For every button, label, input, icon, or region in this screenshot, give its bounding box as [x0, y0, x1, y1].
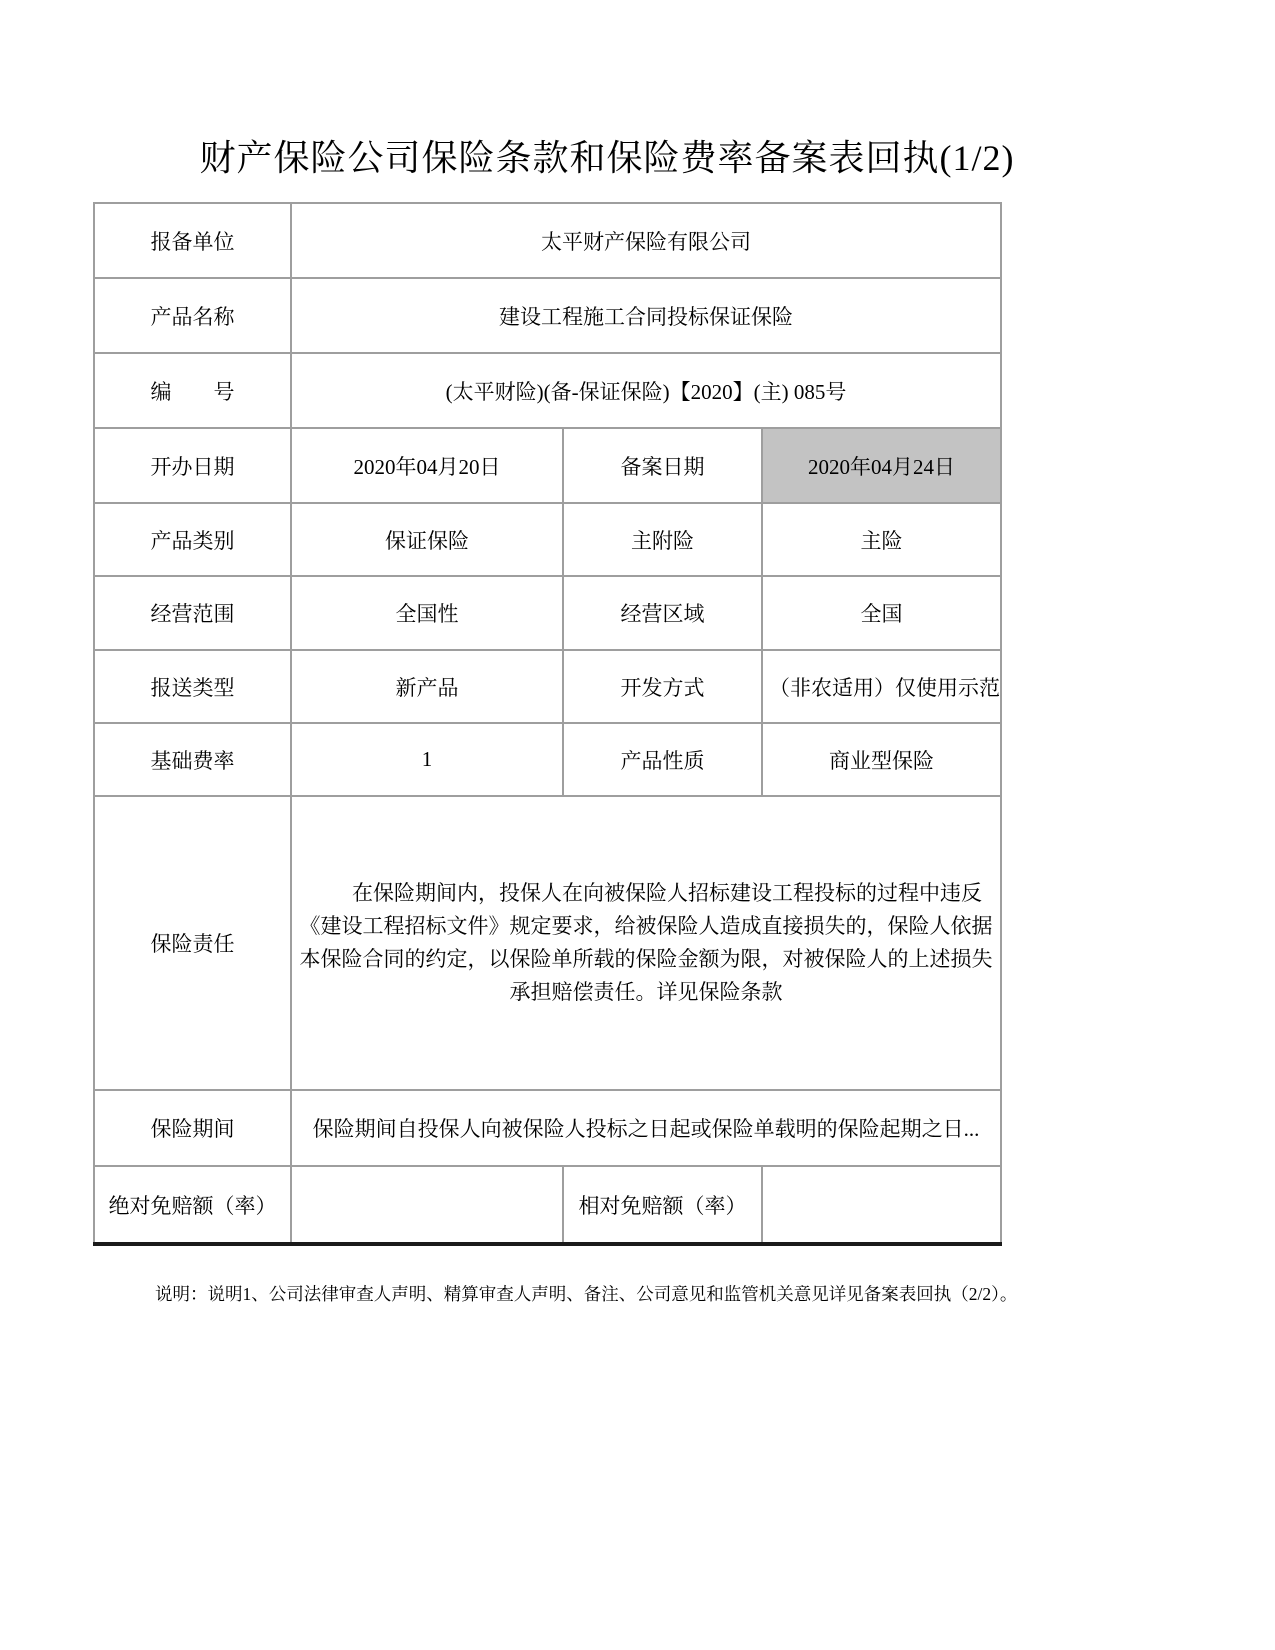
insurance-liability-paragraph: 在保险期间内，投保人在向被保险人招标建设工程投标的过程中违反《建设工程招标文件》… — [298, 877, 994, 1009]
value-submission-type: 新产品 — [291, 650, 563, 723]
page-title: 财产保险公司保险条款和保险费率备案表回执(1/2) — [0, 130, 1214, 181]
value-base-rate: 1 — [291, 723, 563, 796]
value-absolute-deductible — [291, 1166, 563, 1244]
label-main-rider: 主附险 — [563, 503, 762, 576]
value-development-method: （非农适用）仅使用示范条款 — [762, 650, 1001, 723]
label-serial-number: 编 号 — [94, 353, 291, 428]
label-start-date: 开办日期 — [94, 428, 291, 503]
value-product-name: 建设工程施工合同投标保证保险 — [291, 278, 1001, 353]
label-filing-date: 备案日期 — [563, 428, 762, 503]
label-product-category: 产品类别 — [94, 503, 291, 576]
label-product-nature: 产品性质 — [563, 723, 762, 796]
table-row: 报备单位 太平财产保险有限公司 — [94, 203, 1001, 278]
label-insurance-period: 保险期间 — [94, 1090, 291, 1166]
value-business-scope: 全国性 — [291, 576, 563, 650]
value-serial-number: (太平财险)(备-保证保险)【2020】(主) 085号 — [291, 353, 1001, 428]
footnote: 说明：说明1、公司法律审查人声明、精算审查人声明、备注、公司意见和监管机关意见详… — [155, 1281, 1155, 1306]
value-product-category: 保证保险 — [291, 503, 563, 576]
value-filing-date: 2020年04月24日 — [762, 428, 1001, 503]
value-business-region: 全国 — [762, 576, 1001, 650]
table-row: 绝对免赔额（率） 相对免赔额（率） — [94, 1166, 1001, 1244]
label-relative-deductible: 相对免赔额（率） — [563, 1166, 762, 1244]
label-business-scope: 经营范围 — [94, 576, 291, 650]
label-business-region: 经营区域 — [563, 576, 762, 650]
value-product-nature: 商业型保险 — [762, 723, 1001, 796]
label-absolute-deductible: 绝对免赔额（率） — [94, 1166, 291, 1244]
label-insurance-liability: 保险责任 — [94, 796, 291, 1090]
table-row: 编 号 (太平财险)(备-保证保险)【2020】(主) 085号 — [94, 353, 1001, 428]
table-row: 产品名称 建设工程施工合同投标保证保险 — [94, 278, 1001, 353]
table-row: 经营范围 全国性 经营区域 全国 — [94, 576, 1001, 650]
label-development-method: 开发方式 — [563, 650, 762, 723]
value-insurance-period: 保险期间自投保人向被保险人投标之日起或保险单载明的保险起期之日... — [291, 1090, 1001, 1166]
table-row: 基础费率 1 产品性质 商业型保险 — [94, 723, 1001, 796]
value-relative-deductible — [762, 1166, 1001, 1244]
table-row: 产品类别 保证保险 主附险 主险 — [94, 503, 1001, 576]
value-start-date: 2020年04月20日 — [291, 428, 563, 503]
value-insurance-liability: 在保险期间内，投保人在向被保险人招标建设工程投标的过程中违反《建设工程招标文件》… — [291, 796, 1001, 1090]
label-product-name: 产品名称 — [94, 278, 291, 353]
value-reporting-unit: 太平财产保险有限公司 — [291, 203, 1001, 278]
table-row: 保险期间 保险期间自投保人向被保险人投标之日起或保险单载明的保险起期之日... — [94, 1090, 1001, 1166]
table-row: 开办日期 2020年04月20日 备案日期 2020年04月24日 — [94, 428, 1001, 503]
label-submission-type: 报送类型 — [94, 650, 291, 723]
filing-form-table: 报备单位 太平财产保险有限公司 产品名称 建设工程施工合同投标保证保险 编 号 … — [93, 202, 1002, 1246]
label-base-rate: 基础费率 — [94, 723, 291, 796]
value-main-rider: 主险 — [762, 503, 1001, 576]
table-row: 保险责任 在保险期间内，投保人在向被保险人招标建设工程投标的过程中违反《建设工程… — [94, 796, 1001, 1090]
label-reporting-unit: 报备单位 — [94, 203, 291, 278]
table-row: 报送类型 新产品 开发方式 （非农适用）仅使用示范条款 — [94, 650, 1001, 723]
